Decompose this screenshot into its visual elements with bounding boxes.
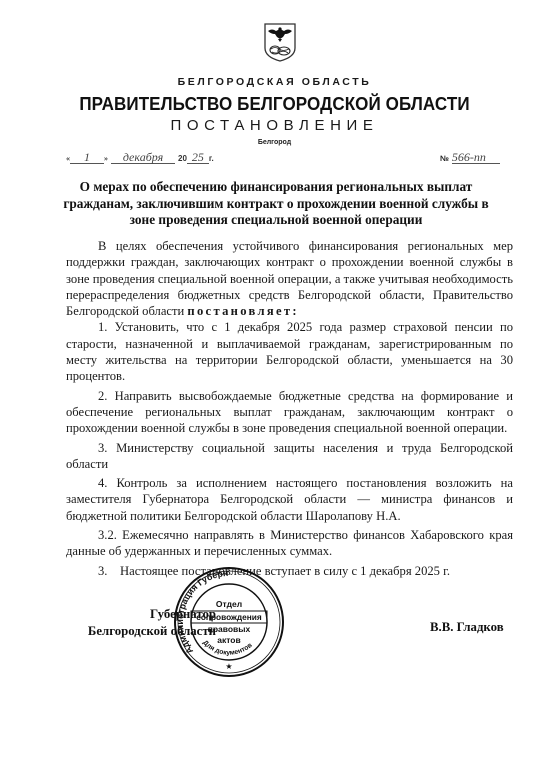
clause-3-2: 3.2. Ежемесячно направлять в Министерств… xyxy=(66,527,513,560)
stamp-line-3: правовых xyxy=(208,624,251,634)
region-name: БЕЛГОРОДСКАЯ ОБЛАСТЬ xyxy=(0,76,549,88)
date-day: 1 xyxy=(70,151,104,164)
number-label: № xyxy=(440,154,449,163)
date-year: 25 xyxy=(187,151,209,164)
clause-4: 4. Контроль за исполнением настоящего по… xyxy=(66,475,513,524)
official-stamp: Администрация Губернатора Белгородской о… xyxy=(173,566,285,678)
stamp-line-4: актов xyxy=(217,635,240,645)
document-type: ПОСТАНОВЛЕНИЕ xyxy=(0,117,549,134)
document-subject: О мерах по обеспечению финансирования ре… xyxy=(56,179,496,229)
clause-3: 3. Министерству социальной защиты населе… xyxy=(66,440,513,473)
stamp-line-1: Отдел xyxy=(216,599,242,609)
document-body: В целях обеспечения устойчивого финансир… xyxy=(66,238,513,579)
date-suffix: г. xyxy=(209,154,214,163)
document-number: № 566-пп xyxy=(440,150,500,165)
resolves-keyword: постановляет: xyxy=(187,304,298,318)
coat-of-arms-icon xyxy=(263,22,297,62)
date-century: 20 xyxy=(178,154,187,163)
stamp-line-2: сопровождения xyxy=(196,612,262,622)
clause-2: 2. Направить высвобождаемые бюджетные ср… xyxy=(66,388,513,437)
number-value: 566-пп xyxy=(452,151,500,164)
city: Белгород xyxy=(0,139,549,146)
clause-effective-date: 3. Настоящее постановление вступает в си… xyxy=(66,563,513,579)
date-close-quote: » xyxy=(104,154,108,163)
government-title: ПРАВИТЕЛЬСТВО БЕЛГОРОДСКОЙ ОБЛАСТИ xyxy=(22,93,527,115)
preamble-paragraph: В целях обеспечения устойчивого финансир… xyxy=(66,238,513,319)
clause-1: 1. Установить, что с 1 декабря 2025 года… xyxy=(66,319,513,384)
date-month: декабря xyxy=(111,151,175,164)
stamp-star-icon: ★ xyxy=(225,662,232,671)
signatory-name: В.В. Гладков xyxy=(430,620,504,635)
document-date: «1» декабря 2025г. xyxy=(66,150,214,165)
